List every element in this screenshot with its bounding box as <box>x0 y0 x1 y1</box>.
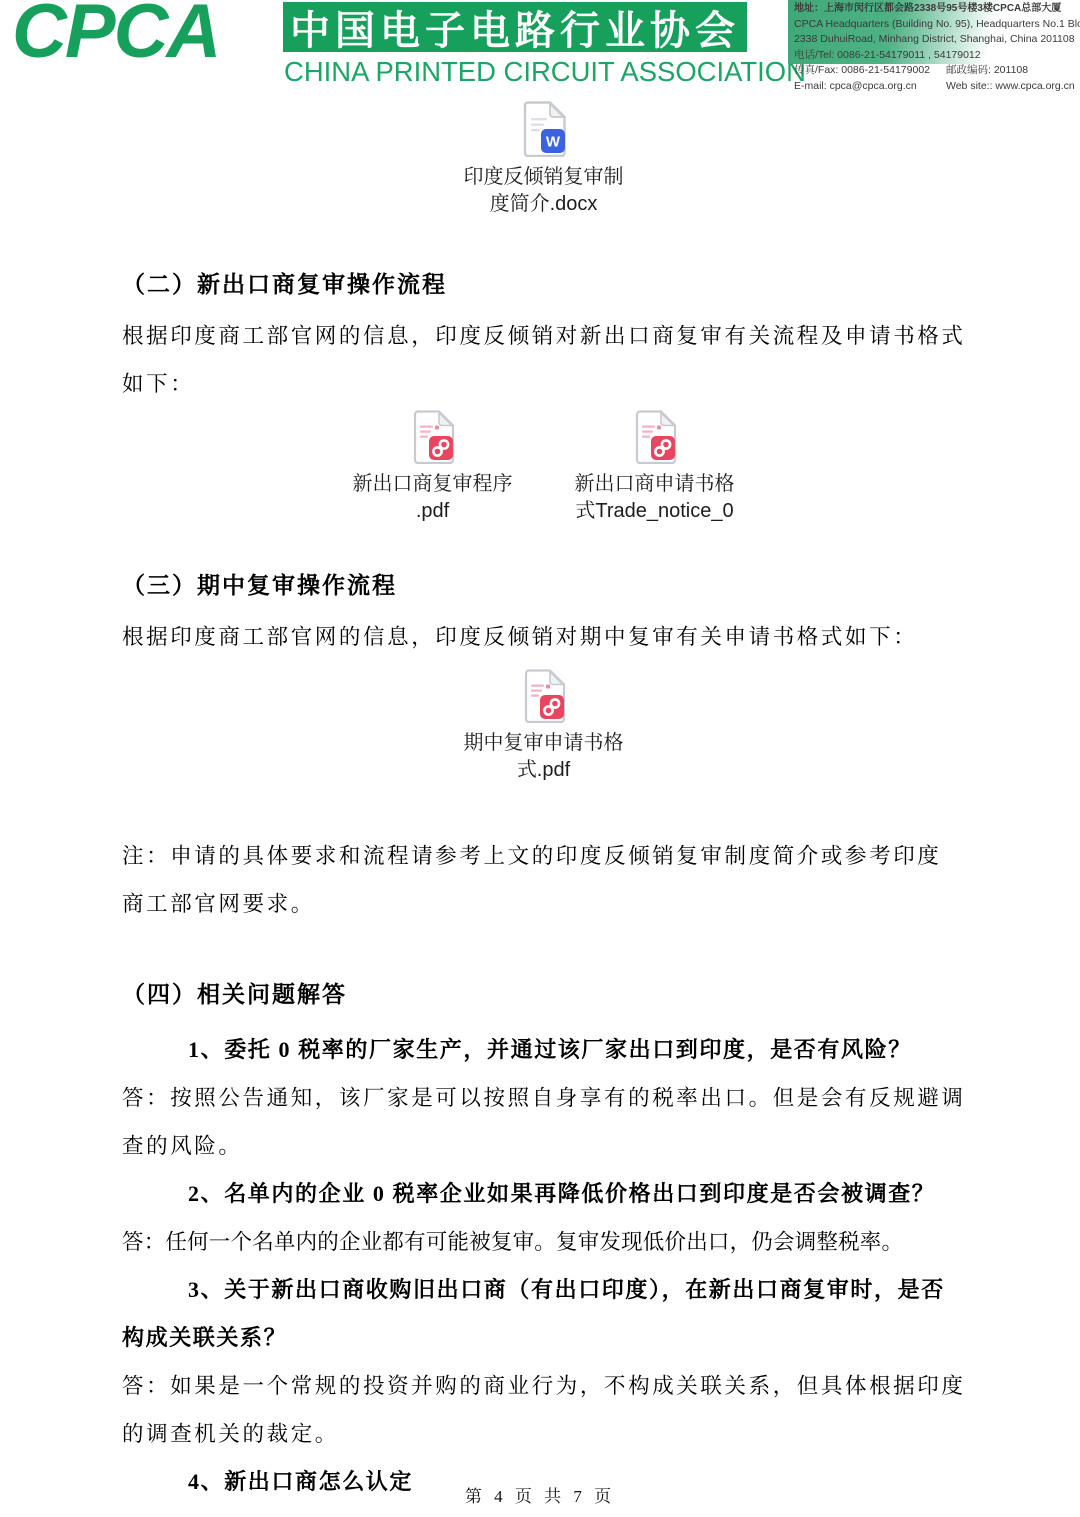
address-line-en-1: CPCA Headquarters (Building No. 95), Hea… <box>794 17 1080 33</box>
pdf-file-icon <box>410 410 456 464</box>
website-line: Web site:: www.cpca.org.cn <box>946 79 1075 95</box>
address-line-cn: 地址：上海市闵行区都会路2338号95号楼3楼CPCA总部大厦 <box>794 1 1080 17</box>
file-name: 印度反倾销复审制 度简介.docx <box>464 164 624 218</box>
question-3: 3、关于新出口商收购旧出口商（有出口印度），在新出口商复审时，是否 构成关联关系… <box>122 1266 965 1362</box>
pdf-file-icon <box>632 410 678 464</box>
word-badge-letter: W <box>545 134 560 151</box>
address-block: 地址：上海市闵行区都会路2338号95号楼3楼CPCA总部大厦 CPCA Hea… <box>794 1 1080 94</box>
org-name-cn: 中国电子电路行业协会 <box>290 0 740 56</box>
section-3-paragraph: 根据印度商工部官网的信息，印度反倾销对期中复审有关申请书格式如下： <box>122 613 965 661</box>
fax-postcode-row: 传真/Fax: 0086-21-54179002 邮政编码: 201108 <box>794 63 1080 79</box>
email-line: E-mail: cpca@cpca.org.cn <box>794 79 946 95</box>
answer-1: 答：按照公告通知，该厂家是可以按照自身享有的税率出口。但是会有反规避调 查的风险… <box>122 1074 965 1170</box>
answer-3: 答：如果是一个常规的投资并购的商业行为，不构成关联关系，但具体根据印度 的调查机… <box>122 1362 965 1458</box>
question-2: 2、名单内的企业 0 税率企业如果再降低价格出口到印度是否会被调查？ <box>122 1170 965 1218</box>
section-heading-2: （二）新出口商复审操作流程 <box>122 268 965 302</box>
file-name: 新出口商申请书格 式Trade_notice_0 <box>549 471 761 525</box>
note-paragraph: 注：申请的具体要求和流程请参考上文的印度反倾销复审制度简介或参考印度 商工部官网… <box>122 832 965 928</box>
email-web-row: E-mail: cpca@cpca.org.cn Web site:: www.… <box>794 79 1080 95</box>
org-name-banner: 中国电子电路行业协会 <box>283 2 747 52</box>
org-name-en: CHINA PRINTED CIRCUIT ASSOCIATION <box>284 56 745 88</box>
attachment-docx[interactable]: W 印度反倾销复审制 度简介.docx <box>464 101 624 218</box>
cpca-logo: CPCA <box>12 0 219 75</box>
attachment-pdf-application-form[interactable]: 新出口商申请书格 式Trade_notice_0 <box>549 410 761 525</box>
attachment-pdf-procedure[interactable]: 新出口商复审程序 .pdf <box>327 410 539 525</box>
section-heading-4: （四）相关问题解答 <box>122 978 965 1012</box>
word-file-icon: W <box>520 101 568 157</box>
document-page: CPCA 中国电子电路行业协会 CHINA PRINTED CIRCUIT AS… <box>0 0 1080 1517</box>
document-body: W 印度反倾销复审制 度简介.docx （二）新出口商复审操作流程 根据印度商工… <box>0 95 1080 1506</box>
fax-line: 传真/Fax: 0086-21-54179002 <box>794 63 946 79</box>
file-name: 期中复审申请书格 式.pdf <box>464 730 624 784</box>
attachment-pdf-interim-form[interactable]: 期中复审申请书格 式.pdf <box>464 669 624 784</box>
page-number: 第 4 页 共 7 页 <box>0 1482 1080 1507</box>
pdf-attachments-row: 新出口商复审程序 .pdf <box>122 410 965 525</box>
pdf-file-icon <box>521 669 567 723</box>
address-line-en-2: 2338 DuhuiRoad, Minhang District, Shangh… <box>794 32 1080 48</box>
postcode-line: 邮政编码: 201108 <box>946 63 1028 79</box>
file-name: 新出口商复审程序 .pdf <box>327 471 539 525</box>
answer-2: 答：任何一个名单内的企业都有可能被复审。复审发现低价出口，仍会调整税率。 <box>122 1218 965 1266</box>
tel-line: 电话/Tel: 0086-21-54179011 , 54179012 <box>794 48 1080 64</box>
section-2-paragraph: 根据印度商工部官网的信息，印度反倾销对新出口商复审有关流程及申请书格式 如下： <box>122 312 965 408</box>
question-1: 1、委托 0 税率的厂家生产，并通过该厂家出口到印度，是否有风险？ <box>122 1026 965 1074</box>
section-heading-3: （三）期中复审操作流程 <box>122 569 965 603</box>
